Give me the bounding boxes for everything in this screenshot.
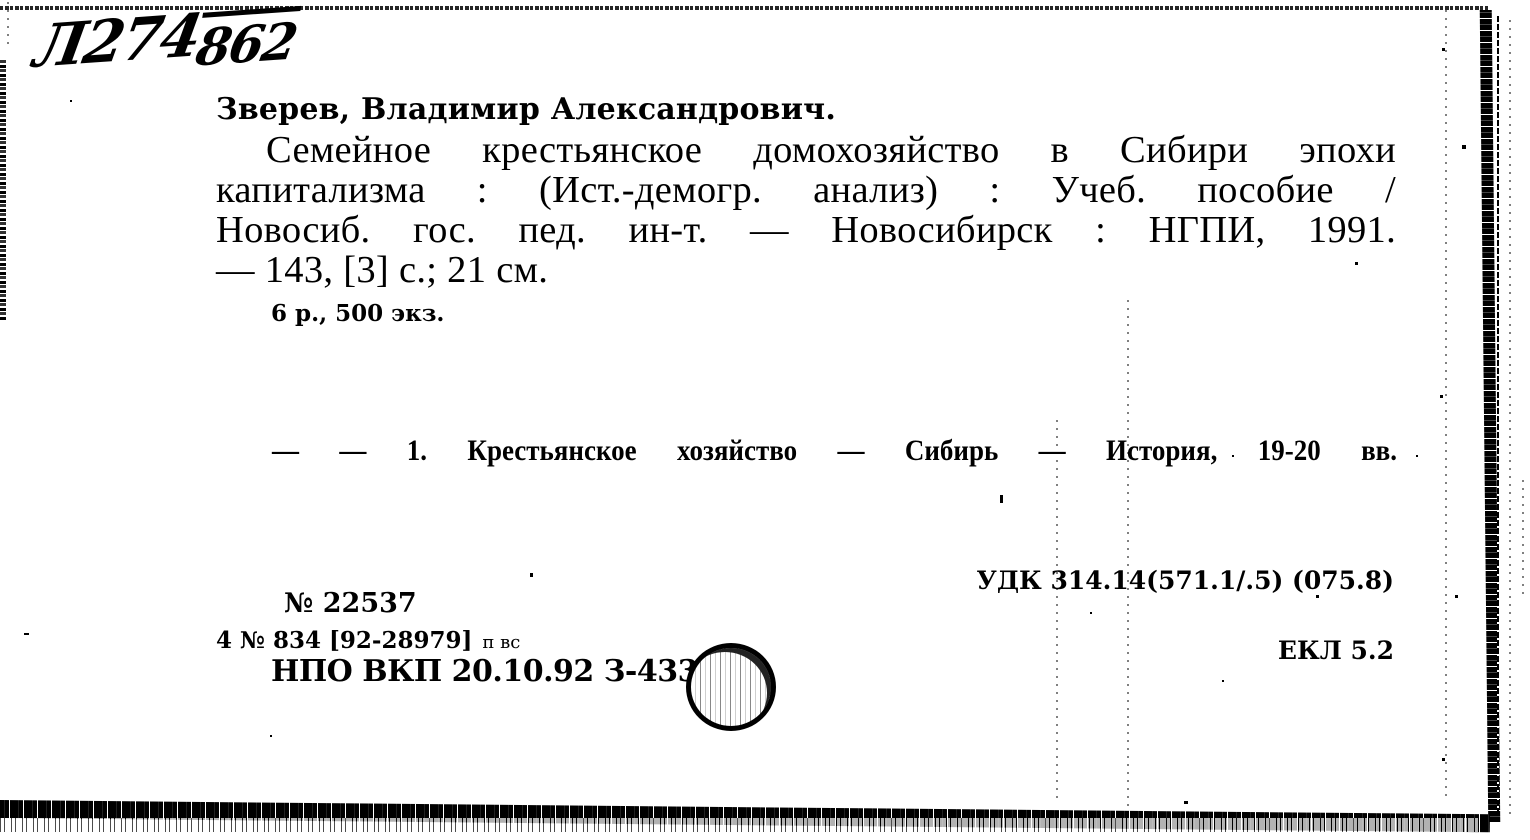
handwritten-inventory-number: Л274862 xyxy=(30,0,302,76)
print-info: 4 № 834 [92-28979]п вс xyxy=(216,627,520,654)
subject-heading-text: — — 1. Крестьянское хозяйство — Сибирь —… xyxy=(272,434,1397,468)
description-line: Новосиб. гос. пед. ин-т. — Новосибирск :… xyxy=(216,210,1396,250)
description-line: — 143, [3] с.; 21 см. xyxy=(216,250,1396,290)
print-info-small: п вс xyxy=(482,632,520,653)
description-line: Семейное крестьянское домохозяйство в Си… xyxy=(216,130,1396,170)
description-line: капитализма : (Ист.-демогр. анализ) : Уч… xyxy=(216,170,1396,210)
print-info-main: 4 № 834 [92-28979] xyxy=(216,627,472,654)
punch-hole-icon xyxy=(686,643,776,731)
catalog-card: Л274862 Зверев, Владимир Александрович. … xyxy=(0,0,1530,840)
author-heading: Зверев, Владимир Александрович. xyxy=(216,92,836,127)
card-edge-right-shadow xyxy=(1497,14,1499,814)
card-edge-left xyxy=(0,60,6,320)
udk-classification: УДК 314.14(571.1/.5) (075.8) xyxy=(977,566,1394,595)
inventory-prefix: Л274 xyxy=(29,1,205,81)
inventory-suffix: 862 xyxy=(192,16,299,74)
price-circulation: 6 р., 500 экз. xyxy=(271,300,444,327)
card-number: № 22537 xyxy=(284,588,417,619)
publisher-line: НПО ВКП 20.10.92 З-433 xyxy=(271,654,698,689)
card-edge-bottom-shadow xyxy=(0,818,1480,832)
ekl-classification: ЕКЛ 5.2 xyxy=(1278,636,1394,665)
subject-heading: — — 1. Крестьянское хозяйство — Сибирь —… xyxy=(272,434,1285,468)
bibliographic-description: Семейное крестьянское домохозяйство в Си… xyxy=(216,130,1396,290)
